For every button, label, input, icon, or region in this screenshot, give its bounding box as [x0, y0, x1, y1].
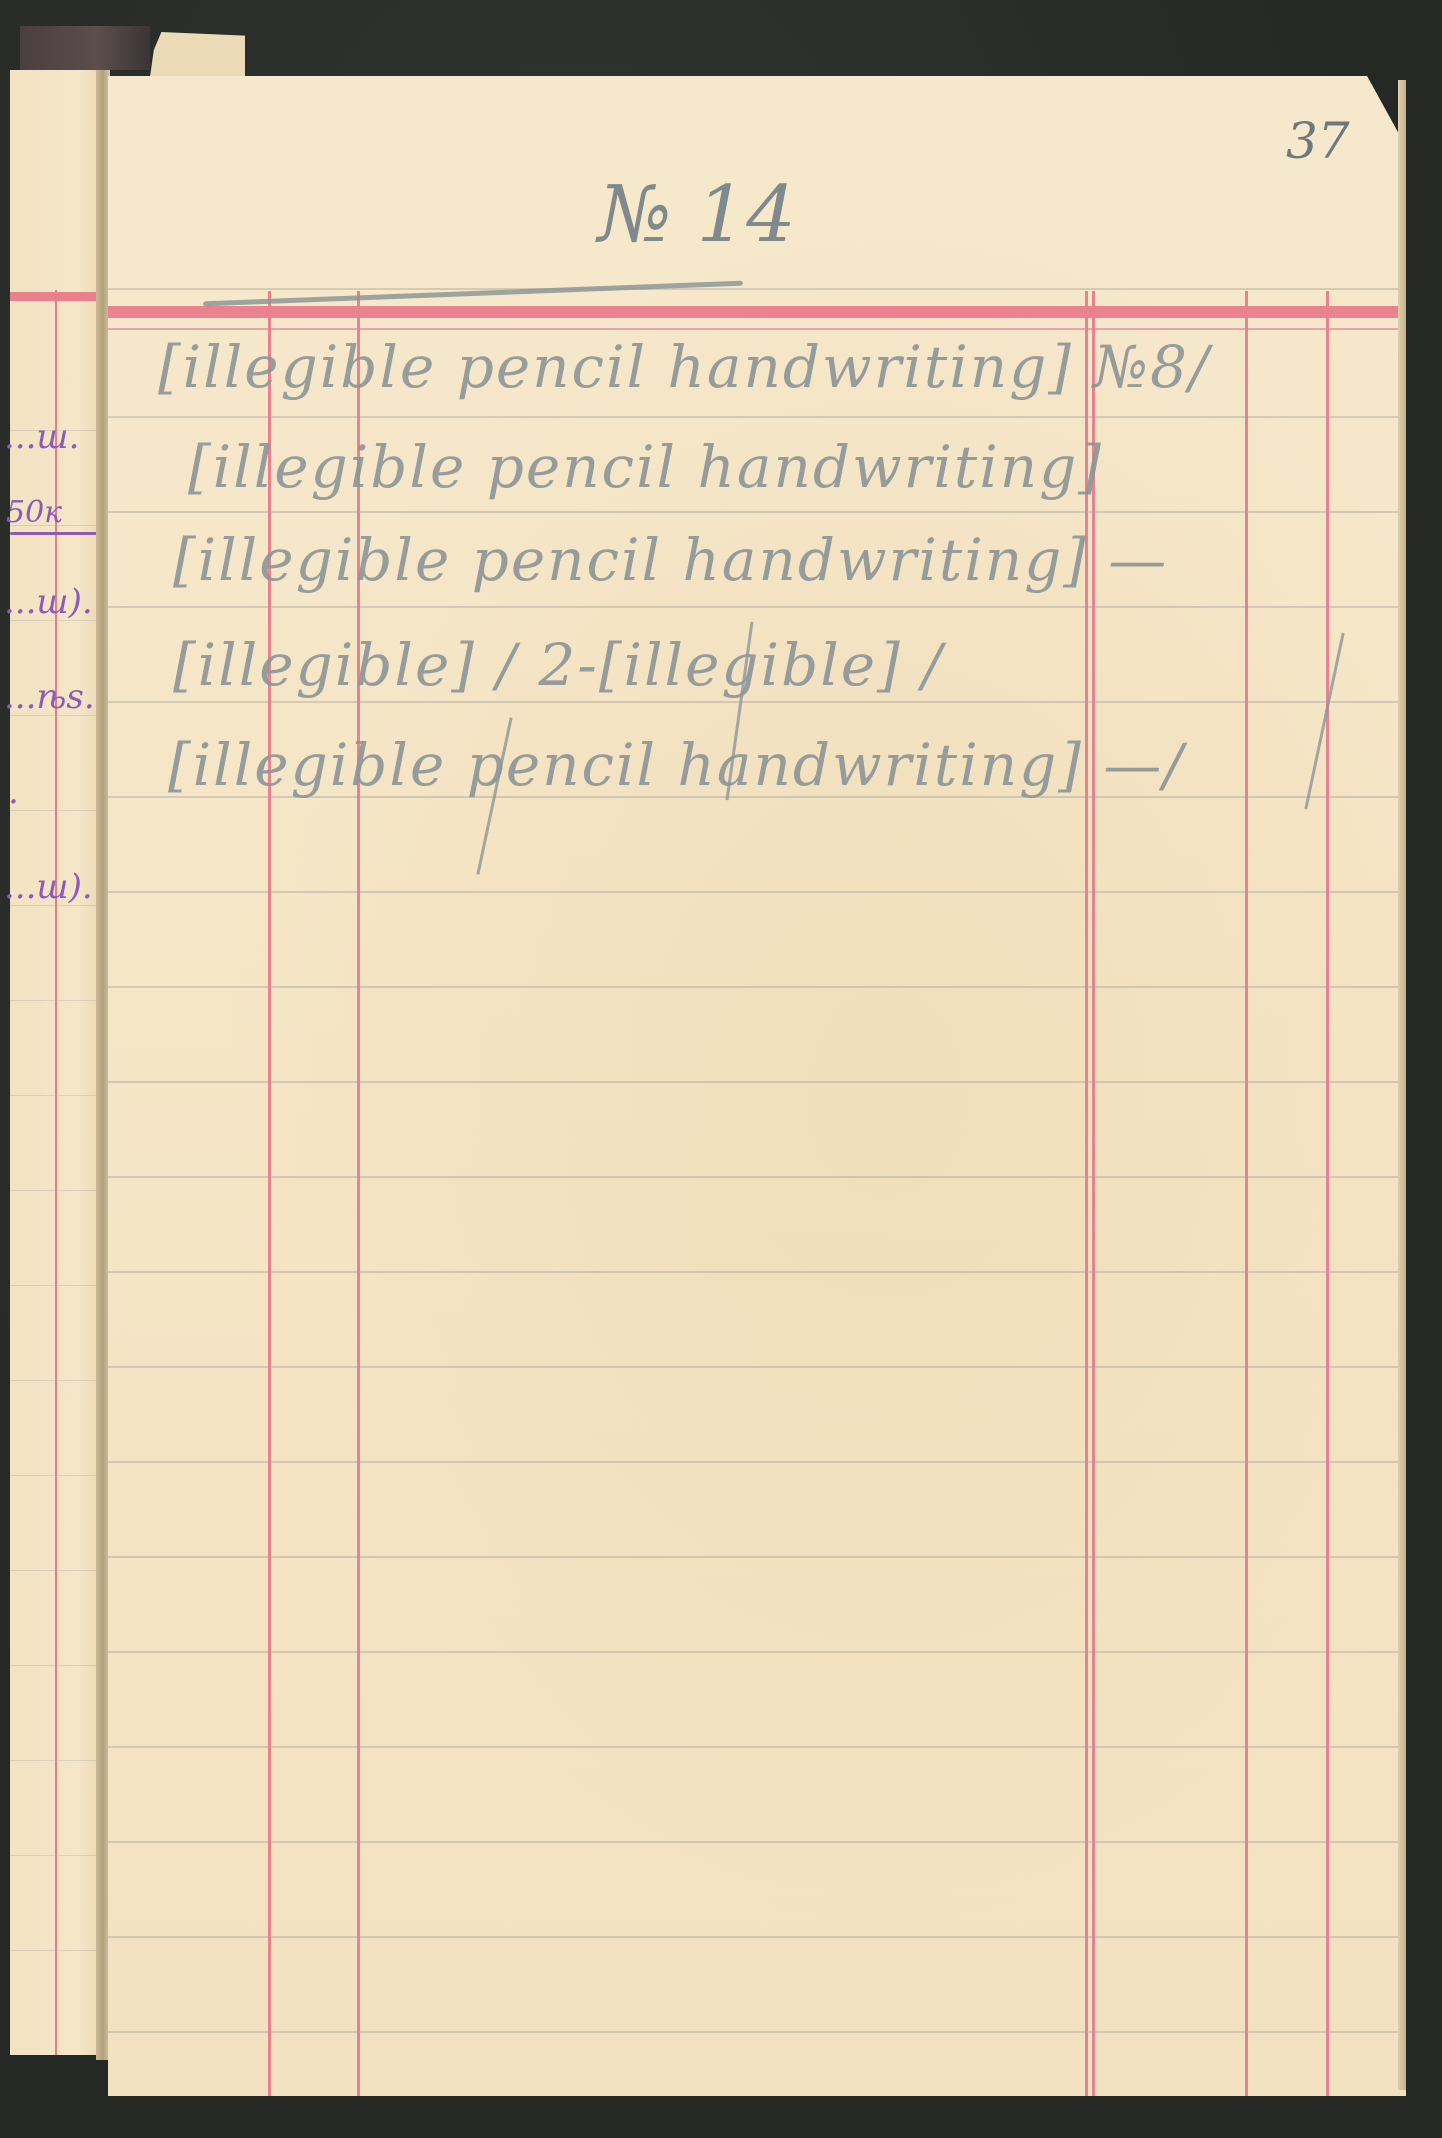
facing-margin-rule [55, 290, 57, 2055]
rule [10, 1475, 108, 1476]
rule [108, 511, 1406, 513]
rule [108, 1936, 1406, 1938]
rule [108, 1461, 1406, 1463]
rule [10, 1570, 108, 1571]
rule [108, 1746, 1406, 1748]
facing-fragment: ...ш). [4, 585, 93, 619]
rule [108, 1176, 1406, 1178]
page-edge [1398, 80, 1406, 2090]
column-rule [1245, 291, 1248, 2096]
handwritten-line: [illegible pencil handwriting] №8/ [158, 338, 1211, 396]
rule [10, 1380, 108, 1381]
handwritten-line: [illegible pencil handwriting] — [173, 531, 1168, 589]
header-red-rule [108, 306, 1406, 318]
rule [10, 1665, 108, 1666]
page-number: 37 [1286, 116, 1350, 166]
rule [10, 1190, 108, 1191]
rule [10, 1760, 108, 1761]
book-spine [96, 70, 110, 2060]
entry-number: № 14 [598, 176, 796, 254]
rule [108, 891, 1406, 893]
rule [108, 986, 1406, 988]
rule [108, 701, 1406, 703]
pencil-stroke [203, 281, 743, 307]
facing-fragment: 50к [6, 498, 62, 528]
rule [108, 416, 1406, 418]
facing-fragment: ...ѣs. [4, 680, 95, 714]
handwritten-line: [illegible pencil handwriting] [188, 438, 1103, 496]
handwritten-line: [illegible pencil handwriting] —/ [168, 736, 1185, 794]
handwritten-line: [illegible] / 2-[illegible] / [173, 636, 944, 694]
rule [10, 1855, 108, 1856]
rule [108, 1556, 1406, 1558]
rule [10, 810, 108, 811]
rule [108, 288, 1406, 290]
rule [108, 1271, 1406, 1273]
rule [10, 1095, 108, 1096]
rule [10, 1000, 108, 1001]
rule [108, 2031, 1406, 2033]
facing-page: ...ш. 50к ...ш). ...ѣs. . ...ш). [10, 70, 108, 2055]
facing-fragment: ...ш). [4, 870, 93, 904]
facing-fragment: . [8, 775, 19, 809]
column-rule [1326, 291, 1329, 2096]
rule [108, 1366, 1406, 1368]
rule [108, 1841, 1406, 1843]
ledger-page: 37 № 14 [illegible pencil handwriting] №… [108, 76, 1406, 2096]
header-red-rule-thin [108, 328, 1406, 330]
rule [10, 1285, 108, 1286]
rule [108, 1081, 1406, 1083]
torn-paper-tab [150, 32, 245, 77]
binding-tab [20, 26, 150, 70]
rule [10, 1950, 108, 1951]
facing-header-rule [10, 292, 108, 301]
pencil-stroke [1304, 633, 1344, 810]
facing-underline [10, 532, 102, 535]
rule [108, 606, 1406, 608]
facing-fragment: ...ш. [4, 420, 79, 454]
rule [108, 1651, 1406, 1653]
